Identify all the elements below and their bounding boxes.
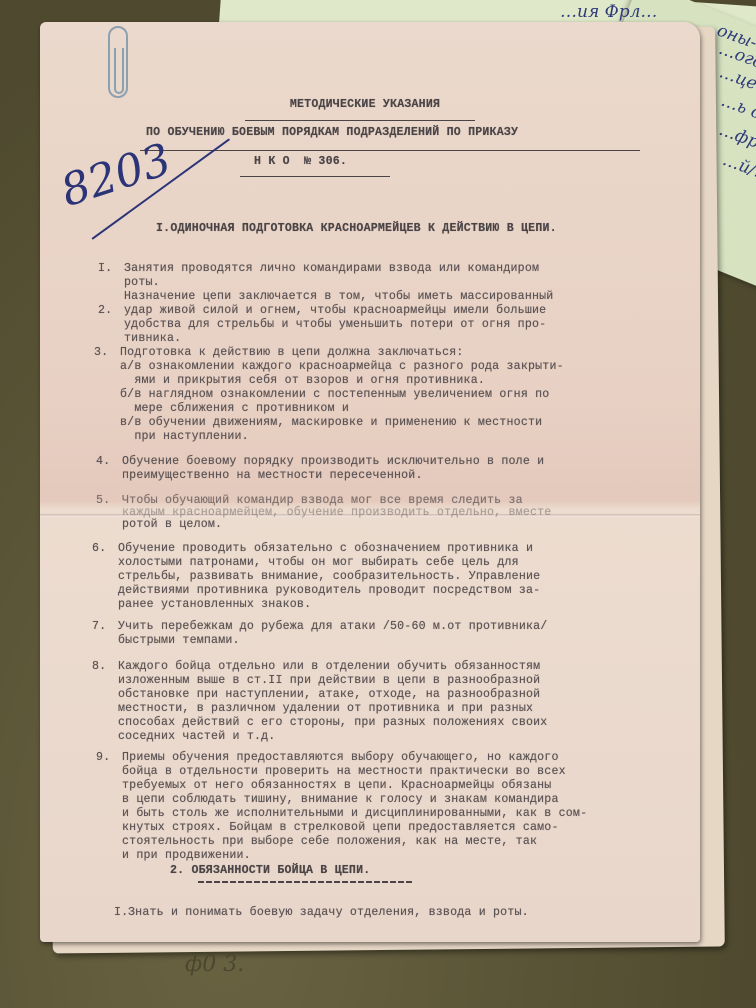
item-text-line: изложенным выше в ст.II при действии в ц… [118, 674, 540, 688]
item-text-line: ями и прикрытия себя от взоров и огня пр… [120, 374, 485, 388]
item-text-line: требуемых от него обязанностях в цепи. К… [122, 779, 551, 793]
item-text-line: стоятельность при выборе себе положения,… [122, 835, 537, 849]
item-text-line: обстановке при наступлении, атаке, отход… [118, 688, 540, 702]
item-text-line: бойца в отдельности проверить на местнос… [122, 765, 566, 779]
item-text-line: б/в наглядном ознакомлении с постепенным… [120, 388, 549, 402]
item-text-line: соседних частей и т.д. [118, 730, 275, 744]
item-text-line: удобства для стрельбы и чтобы уменьшить … [124, 318, 546, 332]
document-subtitle: ПО ОБУЧЕНИЮ БОЕВЫМ ПОРЯДКАМ ПОДРАЗДЕЛЕНИ… [146, 126, 518, 140]
item-number: 8. [92, 660, 106, 674]
item-text-line: в/в обучении движениям, маскировке и при… [120, 416, 542, 430]
item-number: 7. [92, 620, 106, 634]
item-text-line: Приемы обучения предоставляются выбору о… [122, 751, 559, 765]
item-text-line: Подготовка к действию в цепи должна закл… [120, 346, 464, 360]
item-number: 6. [92, 542, 106, 556]
item-number: 4. [96, 455, 110, 469]
item-text-line: Занятия проводятся лично командирами взв… [124, 262, 539, 276]
order-reference: Н К О № 306. [254, 155, 347, 169]
item-text-line: ротой в целом. [122, 518, 222, 532]
section-2-underline [198, 881, 412, 883]
item-number: 3. [94, 346, 108, 360]
item-text-line: и при продвижении. [122, 849, 251, 863]
item-text-line: стрельбы, развивать внимание, сообразите… [118, 570, 540, 584]
paperclip-inner-icon [114, 48, 124, 94]
bottom-pencil-mark: ф0 3. [185, 952, 244, 977]
item-text-line: действиями противника руководитель прово… [118, 584, 540, 598]
order-underline [240, 176, 390, 177]
item-text-line: а/в ознакомлении каждого красноармейца с… [120, 360, 564, 374]
item-text-line: Назначение цепи заключается в том, чтобы… [124, 290, 553, 304]
item-text-line: холостыми патронами, чтобы он мог выбира… [118, 556, 519, 570]
item-text-line: тивника. [124, 332, 181, 346]
item-text-line: Знать и понимать боевую задачу отделения… [128, 906, 529, 920]
item-number: I. [114, 906, 128, 920]
document-title: МЕТОДИЧЕСКИЕ УКАЗАНИЯ [200, 98, 530, 112]
item-text-line: при наступлении. [120, 430, 249, 444]
item-text-line: мере сближения с противником и [120, 402, 349, 416]
item-text-line: способах действий с его стороны, при раз… [118, 716, 547, 730]
item-number: 2. [98, 304, 112, 318]
item-text-line: преимущественно на местности пересеченно… [122, 469, 423, 483]
title-underline [245, 120, 475, 121]
item-text-line: быстрыми темпами. [118, 634, 240, 648]
item-text-line: ранее установленных знаков. [118, 598, 311, 612]
section-1-heading: I.ОДИНОЧНАЯ ПОДГОТОВКА КРАСНОАРМЕЙЦЕВ К … [156, 222, 557, 236]
item-text-line: и быть столь же исполнительными и дисцип… [122, 807, 587, 821]
item-text-line: Обучение боевому порядку производить иск… [122, 455, 544, 469]
item-text-line: кнутых строях. Бойцам в стрелковой цепи … [122, 821, 559, 835]
section-2-heading: 2. ОБЯЗАННОСТИ БОЙЦА В ЦЕПИ. [170, 864, 370, 878]
item-text-line: Учить перебежкам до рубежа для атаки /50… [118, 620, 547, 634]
handwriting-line: …ия Фрл… [560, 2, 657, 22]
item-text-line: Обучение проводить обязательно с обознач… [118, 542, 533, 556]
item-text-line: Каждого бойца отдельно или в отделении о… [118, 660, 540, 674]
item-text-line: роты. [124, 276, 160, 290]
item-text-line: в цепи соблюдать тишину, внимание к голо… [122, 793, 559, 807]
item-number: I. [98, 262, 112, 276]
item-number: 9. [96, 751, 110, 765]
item-text-line: местности, в различном удалении от проти… [118, 702, 533, 716]
item-text-line: удар живой силой и огнем, чтобы красноар… [124, 304, 546, 318]
item-number: 5. [96, 494, 110, 508]
